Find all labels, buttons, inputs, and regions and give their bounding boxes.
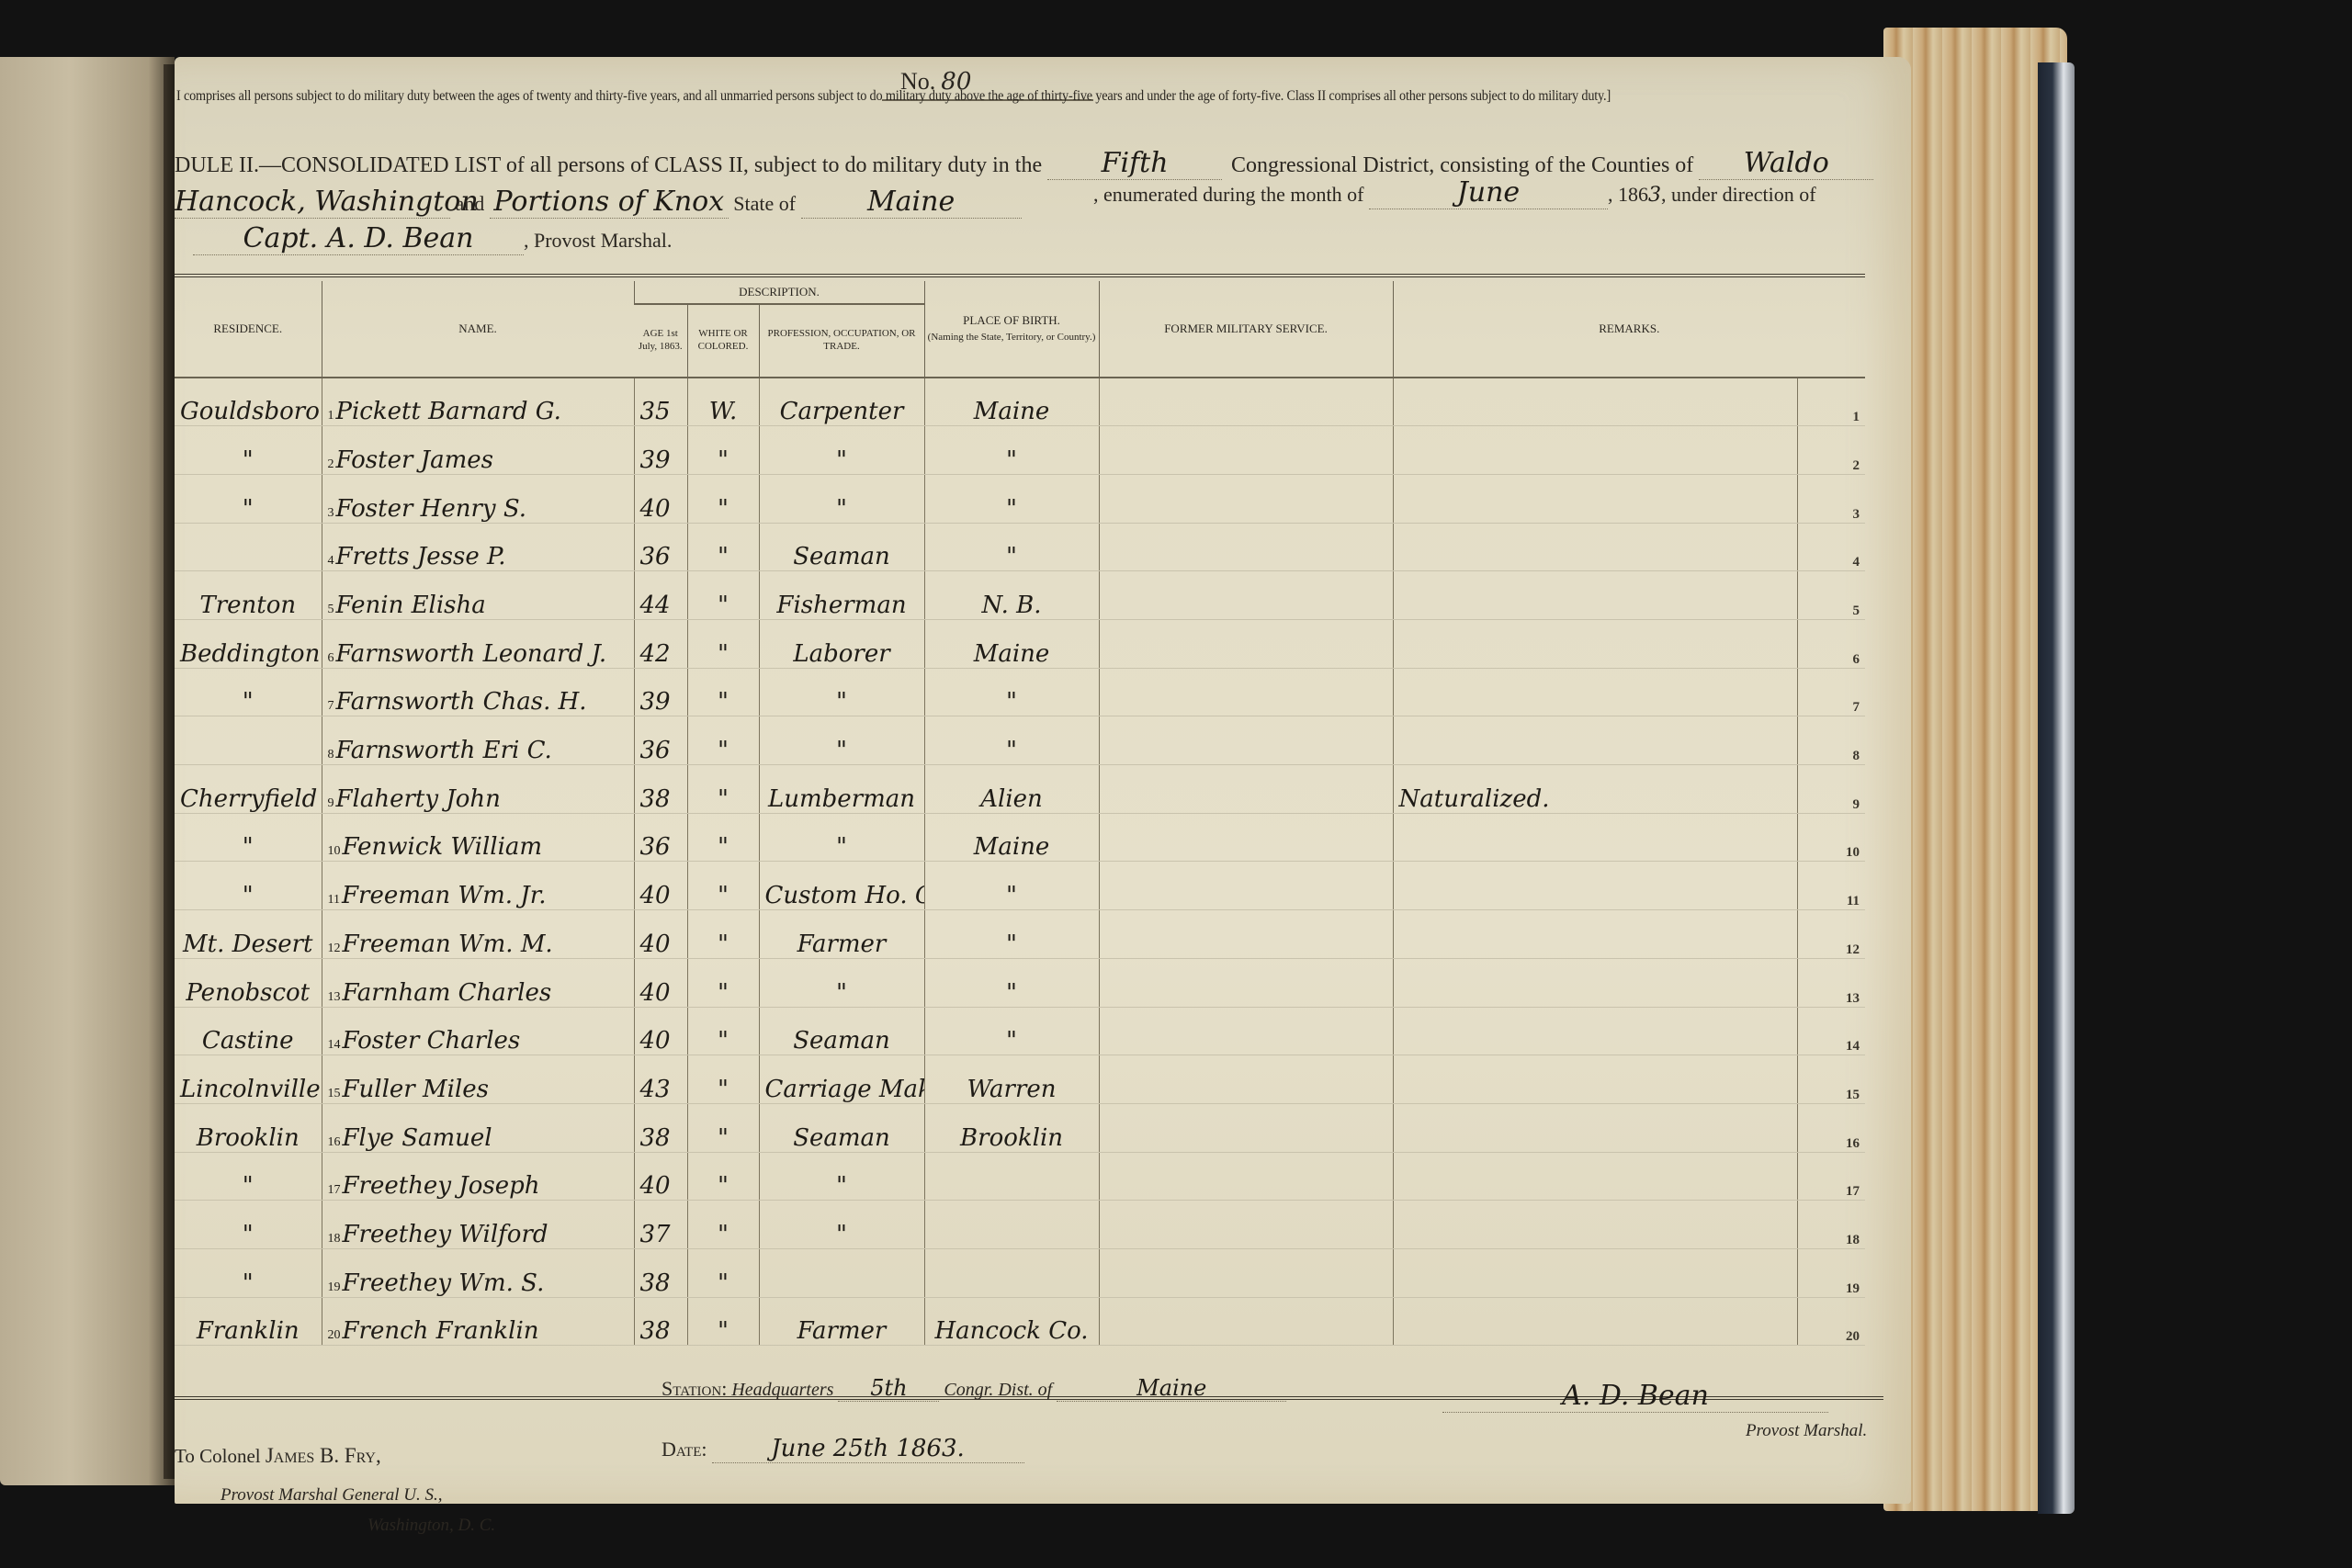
cell-color: "	[687, 523, 759, 571]
cell-age: 36	[634, 523, 687, 571]
cell-birthplace: "	[924, 474, 1099, 523]
entry-number: 5	[328, 603, 334, 616]
cell-military-service	[1099, 523, 1393, 571]
table-row: "11Freeman Wm. Jr.40"Custom Ho. Officer"…	[175, 862, 1865, 910]
cell-color: "	[687, 571, 759, 620]
cell-profession: Carriage Maker	[759, 1055, 924, 1104]
person-name: Fretts Jesse P.	[336, 543, 506, 570]
entry-number: 10	[328, 844, 341, 858]
cell-birthplace: "	[924, 862, 1099, 910]
cell-name: 10Fenwick William	[322, 813, 634, 862]
enrollment-table-wrap: RESIDENCE. NAME. DESCRIPTION. PLACE OF B…	[175, 274, 1865, 1399]
cell-age: 36	[634, 813, 687, 862]
table-row: "17Freethey Joseph40""17	[175, 1152, 1865, 1201]
book-cover-edge	[2038, 62, 2075, 1514]
entry-number: 19	[328, 1280, 341, 1294]
cell-residence	[175, 716, 322, 765]
schedule-title: DULE II.—CONSOLIDATED LIST of all person…	[175, 147, 1222, 180]
cell-remarks	[1393, 426, 1797, 475]
person-name: Pickett Barnard G.	[336, 398, 561, 425]
table-row: "7Farnsworth Chas. H.39"""7	[175, 668, 1865, 716]
cell-age: 39	[634, 668, 687, 716]
person-name: Flye Samuel	[343, 1124, 492, 1152]
person-name: Foster Charles	[343, 1027, 521, 1055]
class-definition-note: I comprises all persons subject to do mi…	[176, 88, 1748, 105]
date-field: June 25th 1863.	[712, 1435, 1024, 1463]
cell-row-number: 9	[1797, 765, 1865, 814]
cell-name: 4Fretts Jesse P.	[322, 523, 634, 571]
table-row: Castine14Foster Charles40"Seaman"14	[175, 1007, 1865, 1055]
cell-military-service	[1099, 765, 1393, 814]
cell-military-service	[1099, 474, 1393, 523]
entry-number: 13	[328, 990, 341, 1004]
cell-profession: Fisherman	[759, 571, 924, 620]
person-name: Freethey Wm. S.	[343, 1269, 545, 1297]
cell-color: "	[687, 620, 759, 669]
cell-birthplace: "	[924, 716, 1099, 765]
cell-color: "	[687, 1201, 759, 1249]
enrollment-table: RESIDENCE. NAME. DESCRIPTION. PLACE OF B…	[175, 281, 1865, 1346]
marshal-field: Capt. A. D. Bean	[193, 222, 524, 255]
cell-birthplace	[924, 1248, 1099, 1297]
cell-birthplace: Maine	[924, 378, 1099, 426]
cell-remarks	[1393, 1007, 1797, 1055]
cell-name: 7Farnsworth Chas. H.	[322, 668, 634, 716]
cell-birthplace: "	[924, 1007, 1099, 1055]
station-line: Station: Headquarters 5th Congr. Dist. o…	[661, 1375, 1286, 1402]
cell-military-service	[1099, 620, 1393, 669]
person-name: Farnham Charles	[343, 979, 552, 1007]
person-name: Farnsworth Leonard J.	[336, 640, 607, 668]
cell-remarks	[1393, 474, 1797, 523]
cell-residence	[175, 523, 322, 571]
entry-number: 11	[328, 893, 340, 907]
cell-residence: Castine	[175, 1007, 322, 1055]
addressee: To Colonel James B. Fry,	[175, 1444, 381, 1468]
header-age: AGE 1st July, 1863.	[634, 304, 687, 378]
cell-military-service	[1099, 1201, 1393, 1249]
cell-profession: Laborer	[759, 620, 924, 669]
person-name: Freethey Joseph	[343, 1172, 540, 1200]
table-row: "2Foster James39"""2	[175, 426, 1865, 475]
cell-military-service	[1099, 1007, 1393, 1055]
cell-birthplace	[924, 1152, 1099, 1201]
cell-name: 9Flaherty John	[322, 765, 634, 814]
cell-color: "	[687, 1152, 759, 1201]
cell-age: 40	[634, 862, 687, 910]
cell-remarks	[1393, 668, 1797, 716]
cell-birthplace	[924, 1201, 1099, 1249]
person-name: Fenin Elisha	[336, 592, 486, 619]
cell-military-service	[1099, 1055, 1393, 1104]
cell-residence: "	[175, 1201, 322, 1249]
cell-age: 39	[634, 426, 687, 475]
table-row: Franklin20French Franklin38"FarmerHancoc…	[175, 1297, 1865, 1346]
cell-remarks	[1393, 1055, 1797, 1104]
cell-remarks	[1393, 958, 1797, 1007]
cell-name: 15Fuller Miles	[322, 1055, 634, 1104]
cell-remarks	[1393, 571, 1797, 620]
cell-color: "	[687, 668, 759, 716]
cell-military-service	[1099, 910, 1393, 959]
cell-age: 43	[634, 1055, 687, 1104]
cell-remarks	[1393, 910, 1797, 959]
cell-military-service	[1099, 862, 1393, 910]
cell-age: 40	[634, 1152, 687, 1201]
cell-row-number: 8	[1797, 716, 1865, 765]
cell-remarks	[1393, 523, 1797, 571]
cell-row-number: 7	[1797, 668, 1865, 716]
table-row: Brooklin16Flye Samuel38"SeamanBrooklin16	[175, 1103, 1865, 1152]
counties-continued: Hancock, Washington and Portions of Knox…	[175, 186, 1022, 219]
cell-age: 37	[634, 1201, 687, 1249]
cell-profession: "	[759, 1201, 924, 1249]
cell-military-service	[1099, 813, 1393, 862]
cell-name: 12Freeman Wm. M.	[322, 910, 634, 959]
signature-field: A. D. Bean	[1442, 1380, 1828, 1413]
cell-age: 44	[634, 571, 687, 620]
cell-color: "	[687, 474, 759, 523]
table-row: Gouldsboro / Milbridge1Pickett Barnard G…	[175, 378, 1865, 426]
date-line: Date: June 25th 1863.	[661, 1435, 1024, 1463]
person-name: French Franklin	[343, 1317, 539, 1345]
cell-birthplace: Warren	[924, 1055, 1099, 1104]
entry-number: 17	[328, 1183, 341, 1197]
cell-name: 20French Franklin	[322, 1297, 634, 1346]
cell-residence: Brooklin	[175, 1103, 322, 1152]
addressee-place: Washington, D. C.	[367, 1516, 495, 1536]
table-row: Penobscot13Farnham Charles40"""13	[175, 958, 1865, 1007]
cell-profession: Seaman	[759, 523, 924, 571]
marshal-line: Capt. A. D. Bean, Provost Marshal.	[193, 222, 672, 255]
cell-military-service	[1099, 426, 1393, 475]
cell-row-number: 14	[1797, 1007, 1865, 1055]
person-name: Foster Henry S.	[336, 495, 526, 523]
addressee-title: Provost Marshal General U. S.,	[220, 1485, 443, 1506]
cell-name: 1Pickett Barnard G.	[322, 378, 634, 426]
entry-number: 20	[328, 1328, 341, 1342]
cell-birthplace: N. B.	[924, 571, 1099, 620]
cell-color: "	[687, 1297, 759, 1346]
cell-age: 38	[634, 765, 687, 814]
cell-military-service	[1099, 1297, 1393, 1346]
cell-color: "	[687, 716, 759, 765]
cell-color: "	[687, 813, 759, 862]
cell-age: 42	[634, 620, 687, 669]
cell-color: "	[687, 765, 759, 814]
entry-number: 8	[328, 748, 334, 761]
entry-number: 7	[328, 699, 334, 713]
cell-color: "	[687, 1055, 759, 1104]
cell-remarks	[1393, 1152, 1797, 1201]
cell-color: "	[687, 1007, 759, 1055]
entry-number: 4	[328, 554, 334, 568]
cell-residence: Trenton	[175, 571, 322, 620]
cell-color: "	[687, 910, 759, 959]
cell-residence: Cherryfield	[175, 765, 322, 814]
cell-profession: Lumberman	[759, 765, 924, 814]
cell-name: 13Farnham Charles	[322, 958, 634, 1007]
cell-birthplace: Alien	[924, 765, 1099, 814]
cell-residence: "	[175, 426, 322, 475]
cell-birthplace: "	[924, 426, 1099, 475]
cell-profession: "	[759, 426, 924, 475]
cell-row-number: 18	[1797, 1201, 1865, 1249]
state-field: Maine	[801, 186, 1022, 219]
cell-profession: "	[759, 813, 924, 862]
county-3-field: Portions of Knox	[490, 186, 729, 219]
cell-profession: "	[759, 474, 924, 523]
cell-name: 11Freeman Wm. Jr.	[322, 862, 634, 910]
cell-color: "	[687, 1103, 759, 1152]
cell-profession: Seaman	[759, 1103, 924, 1152]
cell-residence: Lincolnville	[175, 1055, 322, 1104]
cell-row-number: 16	[1797, 1103, 1865, 1152]
cell-military-service	[1099, 1248, 1393, 1297]
cell-age: 38	[634, 1297, 687, 1346]
table-row: Mt. Desert12Freeman Wm. M.40"Farmer"12	[175, 910, 1865, 959]
cell-name: 18Freethey Wilford	[322, 1201, 634, 1249]
enumeration-line: , enumerated during the month of June, 1…	[1093, 176, 1816, 209]
person-name: Fuller Miles	[343, 1076, 489, 1103]
entry-number: 15	[328, 1087, 341, 1100]
entry-number: 16	[328, 1135, 341, 1149]
cell-birthplace: "	[924, 668, 1099, 716]
cell-residence: "	[175, 862, 322, 910]
cell-remarks	[1393, 1103, 1797, 1152]
cell-remarks	[1393, 378, 1797, 426]
entry-number: 14	[328, 1038, 341, 1052]
cell-row-number: 2	[1797, 426, 1865, 475]
cell-residence: Mt. Desert	[175, 910, 322, 959]
cell-row-number: 4	[1797, 523, 1865, 571]
cell-age: 40	[634, 958, 687, 1007]
entry-number: 6	[328, 651, 334, 665]
cell-row-number: 15	[1797, 1055, 1865, 1104]
table-row: Beddington6Farnsworth Leonard J.42"Labor…	[175, 620, 1865, 669]
table-row: Trenton5Fenin Elisha44"FishermanN. B.5	[175, 571, 1865, 620]
cell-birthplace: Maine	[924, 620, 1099, 669]
header-color: WHITE OR COLORED.	[687, 304, 759, 378]
cell-color: "	[687, 862, 759, 910]
person-name: Freeman Wm. Jr.	[342, 882, 547, 909]
table-row: 4Fretts Jesse P.36"Seaman"4	[175, 523, 1865, 571]
person-name: Freeman Wm. M.	[343, 931, 553, 958]
cell-profession: Seaman	[759, 1007, 924, 1055]
cell-row-number: 12	[1797, 910, 1865, 959]
cell-birthplace: "	[924, 910, 1099, 959]
table-row: "3Foster Henry S.40"""3	[175, 474, 1865, 523]
cell-name: 3Foster Henry S.	[322, 474, 634, 523]
month-field: June	[1369, 176, 1608, 209]
cell-color: "	[687, 1248, 759, 1297]
counties-line: Congressional District, consisting of th…	[1231, 147, 1873, 180]
person-name: Freethey Wilford	[343, 1221, 548, 1248]
header-birthplace: PLACE OF BIRTH. (Naming the State, Terri…	[924, 281, 1099, 378]
cell-age: 40	[634, 1007, 687, 1055]
table-row: "18Freethey Wilford37""18	[175, 1201, 1865, 1249]
cell-row-number: 5	[1797, 571, 1865, 620]
entry-number: 18	[328, 1232, 341, 1246]
entry-number: 3	[328, 506, 334, 520]
entry-number: 1	[328, 409, 334, 423]
cell-profession: "	[759, 668, 924, 716]
ledger-page: No.80 I comprises all persons subject to…	[175, 57, 1911, 1504]
cell-birthplace: "	[924, 523, 1099, 571]
cell-row-number: 13	[1797, 958, 1865, 1007]
cell-age: 36	[634, 716, 687, 765]
cell-row-number: 11	[1797, 862, 1865, 910]
signature-line: A. D. Bean	[1442, 1380, 1828, 1413]
cell-color: W.	[687, 378, 759, 426]
cell-row-number: 3	[1797, 474, 1865, 523]
cell-age: 40	[634, 474, 687, 523]
person-name: Farnsworth Eri C.	[336, 737, 552, 764]
cell-remarks	[1393, 862, 1797, 910]
cell-profession: Custom Ho. Officer	[759, 862, 924, 910]
header-description: DESCRIPTION.	[634, 281, 924, 304]
cell-remarks	[1393, 620, 1797, 669]
cell-profession: Carpenter	[759, 378, 924, 426]
cell-residence: "	[175, 474, 322, 523]
cell-birthplace: Brooklin	[924, 1103, 1099, 1152]
cell-birthplace: Maine	[924, 813, 1099, 862]
table-row: "10Fenwick William36""Maine10	[175, 813, 1865, 862]
county-1-field: Waldo	[1699, 147, 1873, 180]
cell-military-service	[1099, 668, 1393, 716]
cell-remarks: Naturalized.	[1393, 765, 1797, 814]
header-military-service: FORMER MILITARY SERVICE.	[1099, 281, 1393, 378]
cell-profession	[759, 1248, 924, 1297]
cell-row-number: 17	[1797, 1152, 1865, 1201]
station-state-field: Maine	[1057, 1375, 1286, 1402]
person-name: Farnsworth Chas. H.	[336, 688, 587, 716]
header-remarks: REMARKS.	[1393, 281, 1865, 378]
cell-name: 5Fenin Elisha	[322, 571, 634, 620]
cell-remarks	[1393, 1297, 1797, 1346]
person-name: Foster James	[336, 446, 493, 474]
header-name: NAME.	[322, 281, 634, 378]
cell-color: "	[687, 958, 759, 1007]
cell-remarks	[1393, 813, 1797, 862]
cell-age: 38	[634, 1103, 687, 1152]
cell-residence: Gouldsboro / Milbridge	[175, 378, 322, 426]
cell-name: 16Flye Samuel	[322, 1103, 634, 1152]
cell-row-number: 1	[1797, 378, 1865, 426]
district-field: Fifth	[1047, 147, 1222, 180]
cell-age: 38	[634, 1248, 687, 1297]
signature-title: Provost Marshal.	[1746, 1421, 1867, 1441]
cell-name: 14Foster Charles	[322, 1007, 634, 1055]
cell-age: 40	[634, 910, 687, 959]
header-profession: PROFESSION, OCCUPATION, OR TRADE.	[759, 304, 924, 378]
cell-birthplace: Hancock Co.	[924, 1297, 1099, 1346]
cell-color: "	[687, 426, 759, 475]
cell-profession: "	[759, 958, 924, 1007]
entry-number: 2	[328, 457, 334, 471]
cell-military-service	[1099, 1152, 1393, 1201]
cell-name: 8Farnsworth Eri C.	[322, 716, 634, 765]
cell-residence: "	[175, 1248, 322, 1297]
cell-birthplace: "	[924, 958, 1099, 1007]
table-row: "19Freethey Wm. S.38"19	[175, 1248, 1865, 1297]
year-digit: 3	[1648, 184, 1661, 207]
cell-profession: Farmer	[759, 910, 924, 959]
cell-row-number: 20	[1797, 1297, 1865, 1346]
cell-profession: "	[759, 716, 924, 765]
table-row: Cherryfield9Flaherty John38"LumbermanAli…	[175, 765, 1865, 814]
cell-profession: "	[759, 1152, 924, 1201]
cell-residence: "	[175, 668, 322, 716]
entry-number: 9	[328, 796, 334, 810]
cell-name: 19Freethey Wm. S.	[322, 1248, 634, 1297]
cell-residence: "	[175, 813, 322, 862]
cell-military-service	[1099, 378, 1393, 426]
county-2-field: Hancock, Washington	[175, 186, 450, 219]
table-row: 8Farnsworth Eri C.36"""8	[175, 716, 1865, 765]
cell-remarks	[1393, 1201, 1797, 1249]
cell-row-number: 10	[1797, 813, 1865, 862]
cell-row-number: 6	[1797, 620, 1865, 669]
station-district-field: 5th	[838, 1375, 939, 1402]
cell-row-number: 19	[1797, 1248, 1865, 1297]
person-name: Flaherty John	[336, 785, 501, 813]
entry-number: 12	[328, 942, 341, 955]
cell-military-service	[1099, 716, 1393, 765]
enrollment-rows: Gouldsboro / Milbridge1Pickett Barnard G…	[175, 378, 1865, 1346]
cell-residence: Franklin	[175, 1297, 322, 1346]
left-page	[0, 57, 175, 1485]
cell-remarks	[1393, 716, 1797, 765]
cell-name: 2Foster James	[322, 426, 634, 475]
cell-residence: Penobscot	[175, 958, 322, 1007]
cell-name: 6Farnsworth Leonard J.	[322, 620, 634, 669]
table-row: Lincolnville15Fuller Miles43"Carriage Ma…	[175, 1055, 1865, 1104]
cell-military-service	[1099, 571, 1393, 620]
cell-military-service	[1099, 1103, 1393, 1152]
cell-remarks	[1393, 1248, 1797, 1297]
cell-residence: Beddington	[175, 620, 322, 669]
cell-profession: Farmer	[759, 1297, 924, 1346]
cell-name: 17Freethey Joseph	[322, 1152, 634, 1201]
cell-residence: "	[175, 1152, 322, 1201]
header-residence: RESIDENCE.	[175, 281, 322, 378]
cell-military-service	[1099, 958, 1393, 1007]
person-name: Fenwick William	[343, 833, 543, 861]
cell-age: 35	[634, 378, 687, 426]
